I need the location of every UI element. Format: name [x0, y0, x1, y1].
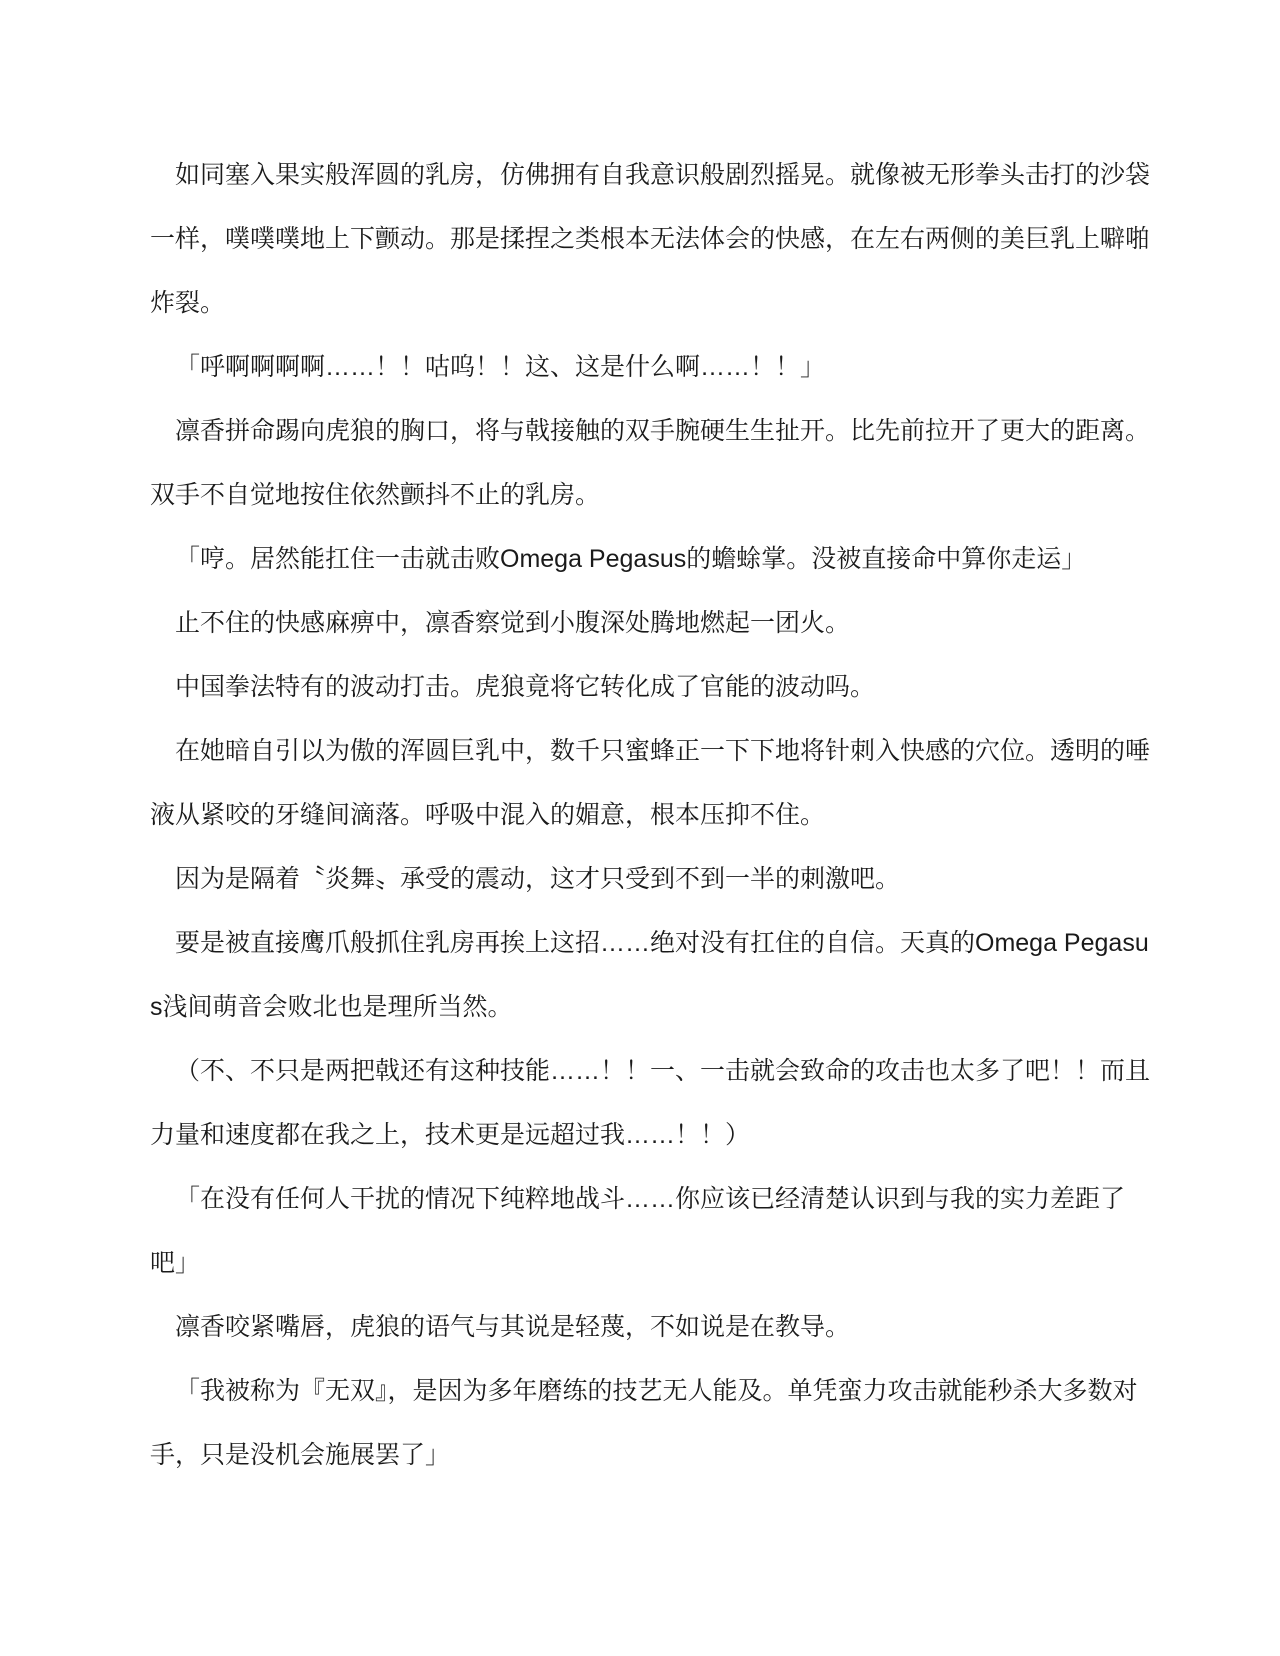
novel-paragraph: 「在没有任何人干扰的情况下纯粹地战斗……你应该已经清楚认识到与我的实力差距了吧」: [150, 1167, 1150, 1295]
novel-paragraph: 中国拳法特有的波动打击。虎狼竟将它转化成了官能的波动吗。: [150, 655, 1150, 719]
novel-text-column: 如同塞入果实般浑圆的乳房，仿佛拥有自我意识般剧烈摇晃。就像被无形拳头击打的沙袋一…: [150, 143, 1150, 1487]
ebook-page: { "page": { "background_color": "#ffffff…: [0, 0, 1280, 1656]
novel-paragraph: 「呼啊啊啊啊……！！咕呜！！这、这是什么啊……！！」: [150, 335, 1150, 399]
novel-paragraph: 在她暗自引以为傲的浑圆巨乳中，数千只蜜蜂正一下下地将针刺入快感的穴位。透明的唾液…: [150, 719, 1150, 847]
novel-page: 如同塞入果实般浑圆的乳房，仿佛拥有自我意识般剧烈摇晃。就像被无形拳头击打的沙袋一…: [0, 0, 1280, 1656]
novel-paragraph: 止不住的快感麻痹中，凛香察觉到小腹深处腾地燃起一团火。: [150, 591, 1150, 655]
novel-paragraph: 凛香咬紧嘴唇，虎狼的语气与其说是轻蔑，不如说是在教导。: [150, 1295, 1150, 1359]
novel-paragraph: 凛香拼命踢向虎狼的胸口，将与戟接触的双手腕硬生生扯开。比先前拉开了更大的距离。双…: [150, 399, 1150, 527]
novel-paragraph: 「哼。居然能扛住一击就击败Omega Pegasus的蟾蜍掌。没被直接命中算你走…: [150, 527, 1150, 591]
novel-paragraph: （不、不只是两把戟还有这种技能……！！一、一击就会致命的攻击也太多了吧！！而且力…: [150, 1039, 1150, 1167]
novel-paragraph: 如同塞入果实般浑圆的乳房，仿佛拥有自我意识般剧烈摇晃。就像被无形拳头击打的沙袋一…: [150, 143, 1150, 335]
novel-paragraph: 要是被直接鹰爪般抓住乳房再挨上这招……绝对没有扛住的自信。天真的Omega Pe…: [150, 911, 1150, 1039]
novel-paragraph: 因为是隔着〝炎舞〟承受的震动，这才只受到不到一半的刺激吧。: [150, 847, 1150, 911]
novel-paragraph: 「我被称为『无双』，是因为多年磨练的技艺无人能及。单凭蛮力攻击就能秒杀大多数对手…: [150, 1359, 1150, 1487]
